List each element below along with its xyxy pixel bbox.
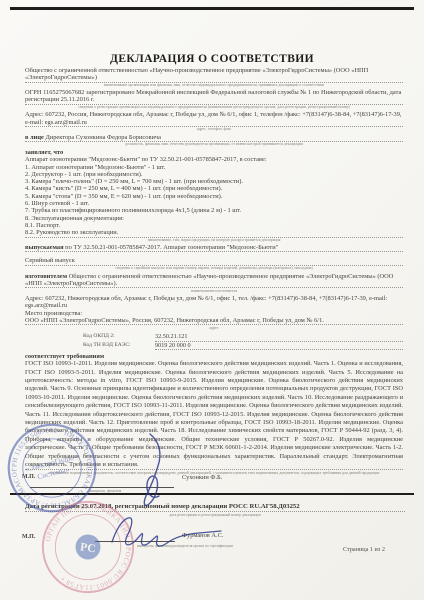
head-signature-icon (98, 508, 248, 556)
in-person-value: Директора Сухонкина Федора Борисовича (44, 134, 161, 141)
okpd-row: Код ОКПД 2: 32.50.21.121 (83, 333, 403, 341)
declarant-name-caption: наименование организации или фамилия, им… (25, 82, 403, 88)
manufacturer-name-caption: наименование изготовителя (25, 287, 403, 293)
tnved-value: 9019 20 000 0 (155, 342, 403, 350)
product-item: 7. Трубка из пластифицированного поливин… (25, 207, 403, 214)
tnved-row: Код ТН ВЭД ЕАЭС: 9019 20 000 0 (83, 342, 403, 350)
in-person-caption: должность, фамилия, имя, отчество руково… (25, 141, 403, 147)
product-items-caption: наименование, тип, марка продукции, на к… (25, 237, 403, 243)
product-item: 6. Шнур сетевой - 1 шт. (25, 200, 403, 207)
okpd-label: Код ОКПД 2: (83, 333, 155, 341)
document-page: ДЕКЛАРАЦИЯ О СООТВЕТСТВИИ Общество с огр… (0, 0, 424, 600)
declarant-name: Общество с ограниченной ответственностью… (25, 67, 403, 82)
in-person-label: в лице (25, 134, 44, 141)
director-signature-icon (112, 430, 192, 508)
declarant-address-caption: адрес, телефон, факс (25, 126, 403, 132)
issued-line: выпускаемая по ТУ 32.50.21-001-05785847-… (25, 244, 403, 252)
issued-label: выпускаемая (25, 244, 64, 251)
declares-label: заявляет, что (25, 149, 403, 156)
top-rule (10, 7, 414, 10)
issued-value: по ТУ 32.50.21-001-05785847-2017. Аппара… (64, 244, 279, 251)
product-items: 1. Аппарат озонотерапии "Медозонс-Бьюти"… (25, 164, 403, 237)
page-number: Страница 1 из 2 (343, 546, 385, 553)
production-place: ООО «НПП «ЭлектроГидроСистемы», Россия, … (25, 317, 403, 324)
product-item: 2. Деструктор - 1 шт. (при необходимости… (25, 171, 403, 178)
product-item: 8.1. Паспорт. (25, 222, 403, 229)
production-place-label: Место производства: (25, 310, 403, 317)
manufacturer-name: Общество с ограниченной ответственностью… (25, 273, 393, 287)
manufacturer-label: изготовителем (25, 273, 67, 280)
serial-caption: сведения о серийном выпуске или партии (… (25, 265, 403, 271)
mp-cert-label: М.П. (22, 534, 35, 540)
product-intro: Аппарат озонотерапии "Медозонс-Бьюти" по… (25, 156, 403, 163)
product-item: 8.2. Руководство по эксплуатации. (25, 229, 403, 236)
manufacturer-line: изготовителем Общество с ограниченной от… (25, 273, 403, 288)
product-item: 4. Камера "кисть" (D = 250 мм, L = 400 м… (25, 185, 403, 192)
codes-block: Код ОКПД 2: 32.50.21.121 Код ТН ВЭД ЕАЭС… (25, 333, 403, 350)
tnved-label: Код ТН ВЭД ЕАЭС: (83, 342, 155, 350)
declarant-ogrn-caption: сведения о регистрации организации или и… (25, 104, 403, 110)
declarant-address: Адрес: 607232, Россия, Нижегородская обл… (25, 111, 403, 126)
conformity-label: соответствует требованиям (25, 353, 403, 360)
product-item: 8. Эксплуатационная документация: (25, 215, 403, 222)
serial-line: Серийный выпуск (25, 257, 403, 264)
cert-stamp-logo: РС (79, 541, 96, 555)
product-item: 1. Аппарат озонотерапии "Медозонс-Бьюти"… (25, 164, 403, 171)
production-place-caption: адрес (25, 324, 403, 330)
manufacturer-address: Адрес: 607232, Нижегородская обл, Арзама… (25, 295, 403, 310)
okpd-value: 32.50.21.121 (155, 333, 403, 341)
document-title: ДЕКЛАРАЦИЯ О СООТВЕТСТВИИ (0, 53, 424, 65)
product-item: 3. Камера "плечо-голень" (D = 250 мм, L … (25, 178, 403, 185)
product-item: 5. Камера "стопа" (D = 350 мм, Е = 620 м… (25, 193, 403, 200)
in-person-line: в лице Директора Сухонкина Федора Борисо… (25, 134, 403, 141)
declarant-ogrn: ОГРН 1165275067682 зарегистрировано Межр… (25, 89, 403, 104)
